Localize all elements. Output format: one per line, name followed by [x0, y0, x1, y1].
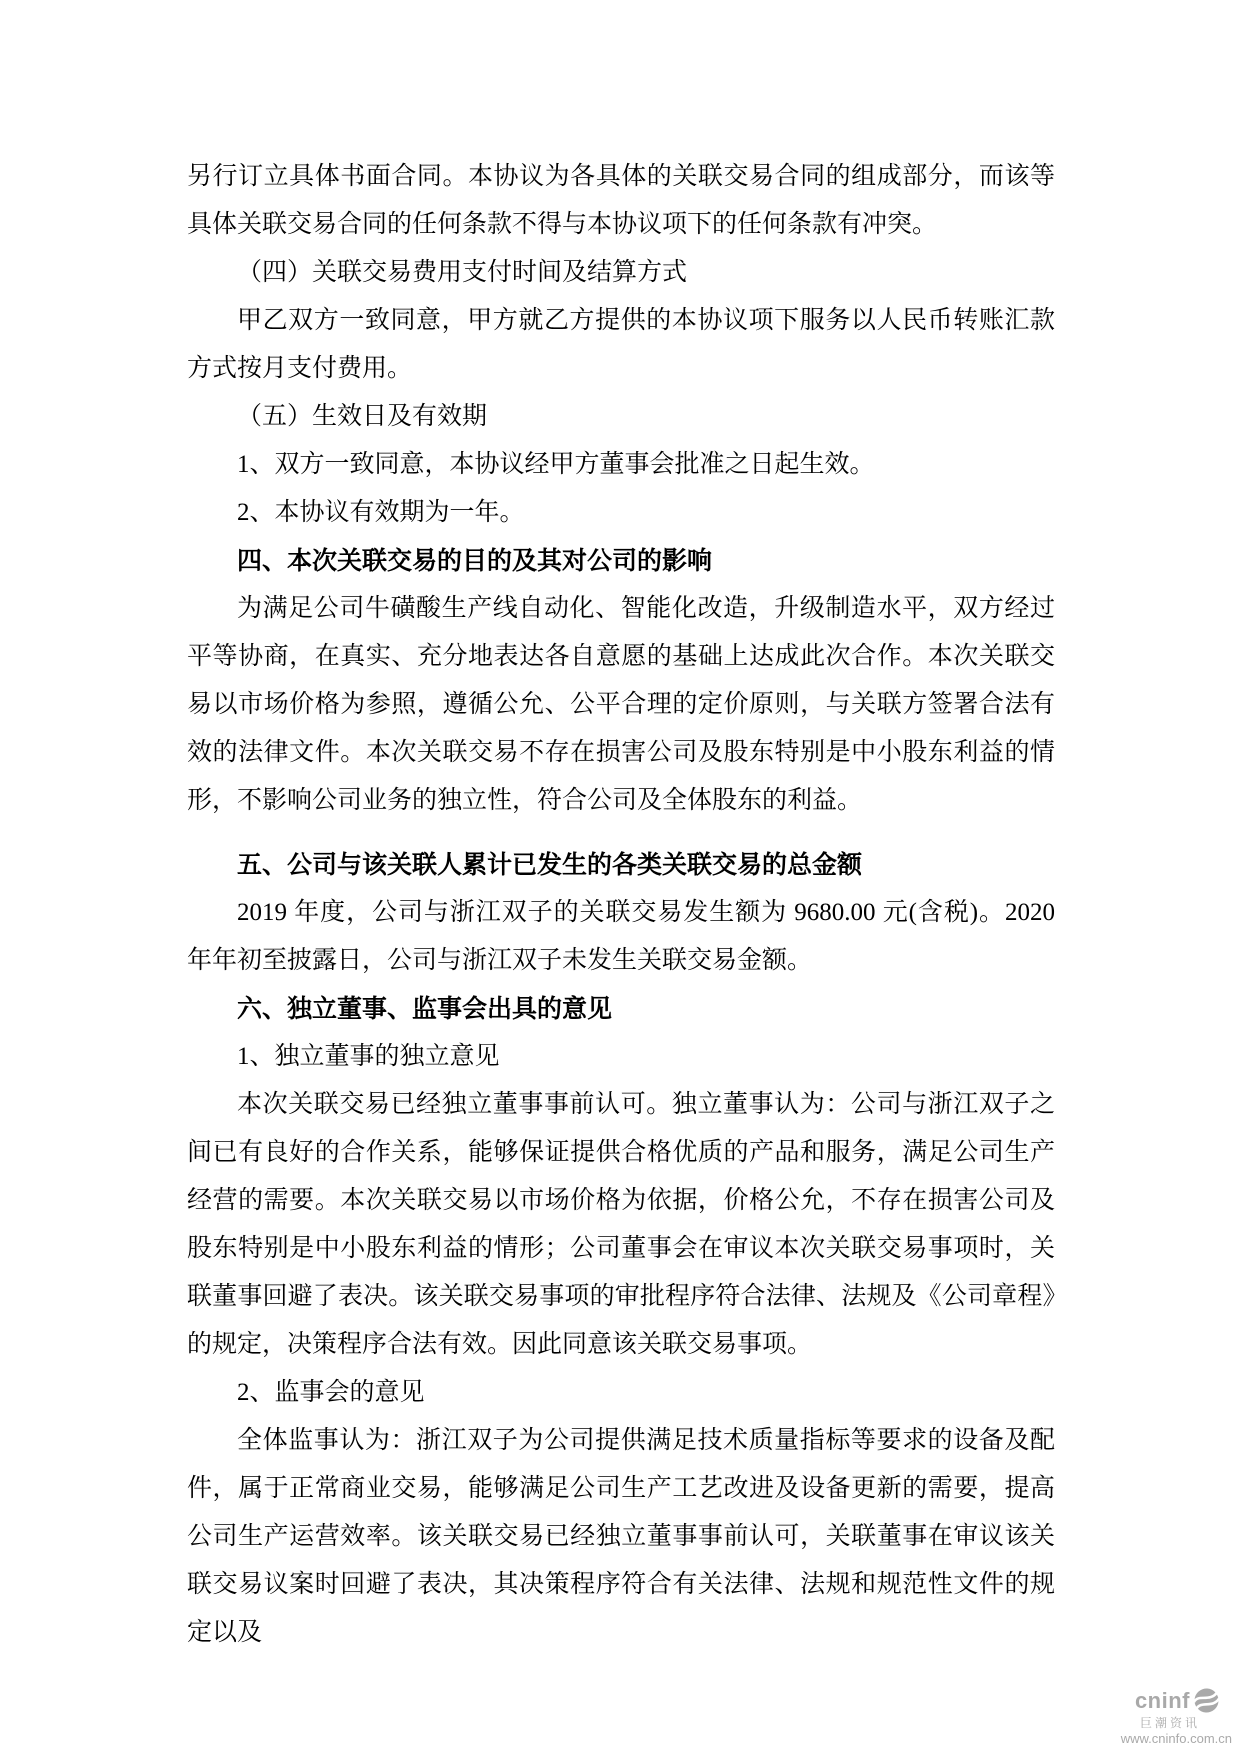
paragraph-purpose-impact: 为满足公司牛磺酸生产线自动化、智能化改造，升级制造水平，双方经过平等协商，在真实… — [187, 585, 1055, 825]
document-page: 另行订立具体书面合同。本协议为各具体的关联交易合同的组成部分，而该等具体关联交易… — [0, 0, 1241, 1754]
subheading-independent-directors-opinion: 1、独立董事的独立意见 — [187, 1033, 1055, 1081]
paragraph-cumulative-amount: 2019 年度，公司与浙江双子的关联交易发生额为 9680.00 元(含税)。2… — [187, 889, 1055, 985]
section-heading-5-cumulative-amount: 五、公司与该关联人累计已发生的各类关联交易的总金额 — [187, 841, 1055, 889]
cninfo-chinese-name: 巨潮资讯 — [1121, 1717, 1200, 1729]
cninfo-watermark: cninf 巨潮资讯 www.cninfo.com.cn — [1121, 1687, 1232, 1745]
subheading-effective-date: （五）生效日及有效期 — [187, 393, 1055, 441]
list-item-valid-one-year: 2、本协议有效期为一年。 — [187, 489, 1055, 537]
paragraph-payment-method: 甲乙双方一致同意，甲方就乙方提供的本协议项下服务以人民币转账汇款方式按月支付费用… — [187, 297, 1055, 393]
list-item-effective-on-approval: 1、双方一致同意，本协议经甲方董事会批准之日起生效。 — [187, 441, 1055, 489]
cninfo-url: www.cninfo.com.cn — [1121, 1732, 1232, 1745]
subheading-supervisory-board-opinion: 2、监事会的意见 — [187, 1369, 1055, 1417]
paragraph-contract-continuation: 另行订立具体书面合同。本协议为各具体的关联交易合同的组成部分，而该等具体关联交易… — [187, 153, 1055, 249]
section-heading-4-purpose-impact: 四、本次关联交易的目的及其对公司的影响 — [187, 537, 1055, 585]
section-heading-6-opinions: 六、独立董事、监事会出具的意见 — [187, 985, 1055, 1033]
paragraph-independent-directors-opinion: 本次关联交易已经独立董事事前认可。独立董事认为：公司与浙江双子之间已有良好的合作… — [187, 1081, 1055, 1369]
cninfo-brand-row: cninf — [1121, 1687, 1220, 1714]
document-body: 另行订立具体书面合同。本协议为各具体的关联交易合同的组成部分，而该等具体关联交易… — [187, 153, 1055, 1657]
subheading-payment-settlement: （四）关联交易费用支付时间及结算方式 — [187, 249, 1055, 297]
cninfo-brand-text: cninf — [1135, 1690, 1190, 1712]
cninfo-swirl-icon — [1193, 1687, 1220, 1714]
paragraph-supervisory-board-opinion: 全体监事认为：浙江双子为公司提供满足技术质量指标等要求的设备及配件，属于正常商业… — [187, 1417, 1055, 1657]
